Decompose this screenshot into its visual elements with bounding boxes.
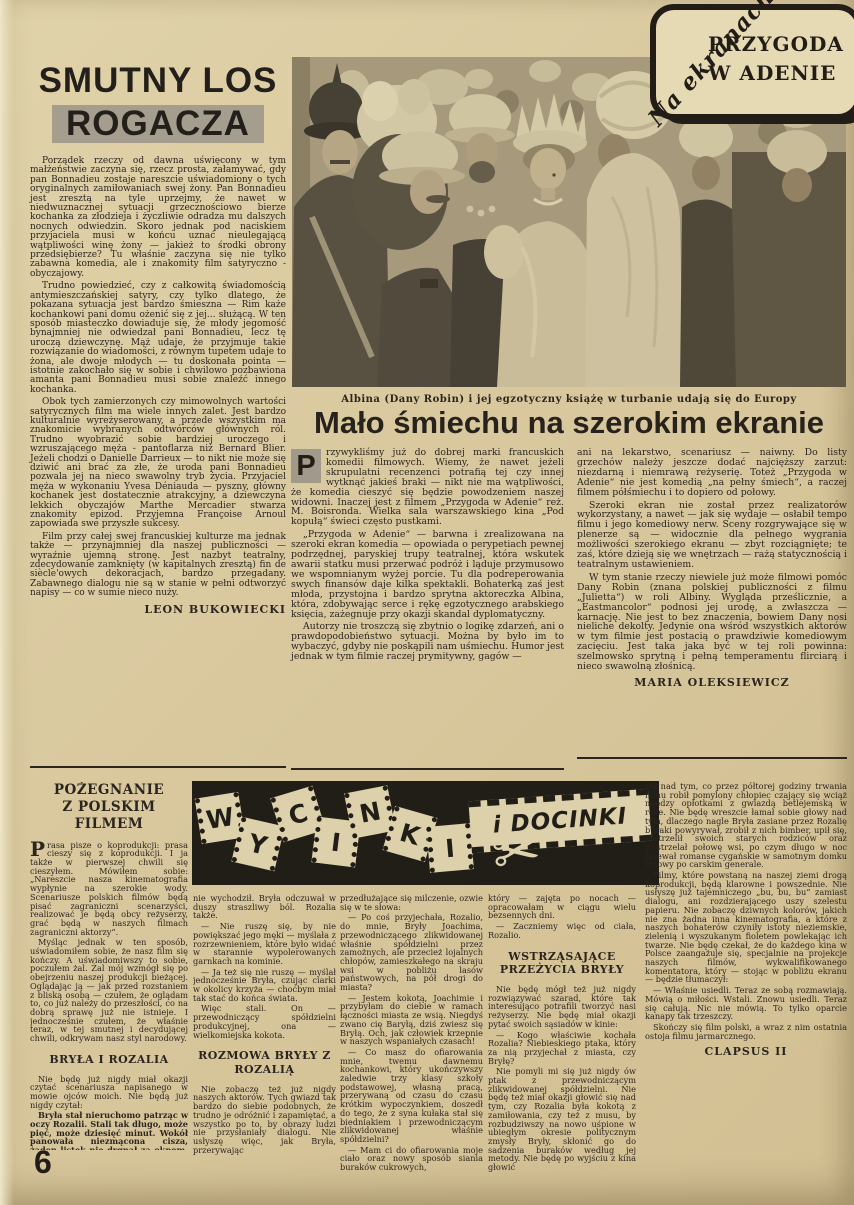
banner-letter: Y [246, 828, 270, 860]
article2-byline: MARIA OLEKSIEWICZ [577, 676, 847, 689]
feuilleton-header-line1: POŻEGNANIE [54, 782, 164, 798]
feuilleton-paragraph: przedłużające się milczenie, ozwie się w… [340, 894, 483, 911]
banner-letter: N [357, 796, 383, 828]
feuilleton-paragraph: Nie będę już nigdy miał okazji czytać sc… [30, 1075, 188, 1110]
feuilleton-paragraph: Nie pomyli mi się już nigdy ów ptak z pr… [488, 1067, 636, 1171]
article2-lead-text: rzywykliśmy już do dobrej marki francusk… [291, 447, 564, 527]
na-ekranach-badge: Na ekranach PRZYGODA W ADENIE [650, 4, 854, 120]
wycinki-docinki-banner: W Y C I N K I i DOCINKI ✂ [192, 781, 659, 885]
feuilleton-column-4: który — zajęta po nocach — opracowałam w… [488, 894, 636, 1204]
subhead-bryla-i-rozalia: BRYŁA I ROZALIA [30, 1053, 188, 1067]
feuilleton-paragraph: — Kogo właściwie kochała Rozalia? Niebie… [488, 1031, 636, 1066]
feuilleton-paragraph: który — zajęta po nocach — opracowałam w… [488, 894, 636, 920]
feuilleton-column-1: POŻEGNANIE Z POLSKIM FILMEM Prasa pisze … [30, 782, 188, 1150]
feuilleton-paragraph: — Jestem kokotą, Joachimie i przybyłam d… [340, 994, 483, 1046]
banner-letter: W [204, 802, 236, 835]
article1-paragraph: Trudno powiedzieć, czy z całkowitą świad… [30, 282, 286, 395]
feuilleton-paragraph: Skończy się film polski, a wraz z nim os… [645, 1023, 847, 1040]
magazine-page: SMUTNY LOS ROGACZA Porządek rzeczy od da… [0, 0, 854, 1205]
feuilleton-paragraph: Bryła stał nieruchomo patrząc w oczy Roz… [30, 1111, 188, 1150]
badge-title-line2: W ADENIE [708, 61, 836, 85]
dropcap-p: P [30, 841, 45, 858]
article2-paragraph: Szeroki ekran nie został przez realizato… [577, 501, 847, 570]
banner-letter: I [444, 833, 456, 863]
article2-paragraph: Przywykliśmy już do dobrej marki francus… [291, 448, 564, 527]
feuilleton-header-line2: Z POLSKIM FILMEM [62, 799, 155, 832]
dropcap-p: P [291, 449, 321, 483]
feuilleton-paragraph: — Co masz do ofiarowania mnie, twemu daw… [340, 1048, 483, 1144]
feuilleton-column-2: nie wychodził. Bryła odczuwał w duszy st… [193, 894, 336, 1204]
feuilleton-paragraph: — Ja też się nie ruszę — myślał jednocze… [193, 968, 336, 1003]
horizontal-rule [30, 766, 286, 768]
feuilleton-paragraph: Filmy, które powstaną na naszej ziemi dr… [645, 871, 847, 984]
article2-paragraph: ani na lekarstwo, scenariusz — naiwny. D… [577, 448, 847, 498]
feuilleton-column-3: przedłużające się milczenie, ozwie się w… [340, 894, 483, 1204]
article1-title-line2: ROGACZA [52, 105, 264, 144]
feuilleton-paragraph: — Po coś przyjechała, Rozalio, do mnie, … [340, 913, 483, 991]
horizontal-rule [577, 757, 847, 759]
feuilleton-paragraph: Więc stali. On — przewodniczący spółdzie… [193, 1004, 336, 1039]
feuilleton-header: POŻEGNANIE Z POLSKIM FILMEM [30, 782, 188, 833]
feuilleton-paragraph: Nie będę mógł też już nigdy rozwiązywać … [488, 985, 636, 1029]
article2-column-1: Przywykliśmy już do dobrej marki francus… [291, 448, 564, 665]
feuilleton-lead-text: rasa pisze o koprodukcji: prasa cieszy s… [30, 840, 188, 937]
feuilleton-byline: CLAPSUS II [645, 1045, 847, 1058]
photo-caption: Albina (Dany Robin) i jej egzotyczny ksi… [292, 394, 846, 405]
feuilleton-paragraph: Myśląc jednak w ten sposób, uświadomiłem… [30, 938, 188, 1042]
badge-film-title: PRZYGODA W ADENIE [708, 30, 844, 88]
banner-letter: C [285, 797, 311, 830]
feuilleton-column-5: się nad tym, co przez półtorej godziny t… [645, 782, 847, 1166]
subhead-rozmowa-bryly: ROZMOWA BRYŁY Z ROZALIĄ [193, 1049, 336, 1077]
article2-paragraph: Autorzy nie troszczą się zbytnio o logik… [291, 622, 564, 662]
article1-paragraph: Porządek rzeczy od dawna uświęcony w tym… [30, 157, 286, 279]
article1-byline: LEON BUKOWIECKI [30, 603, 286, 616]
article2-paragraph: W tym stanie rzeczy niewiele już może fi… [577, 573, 847, 672]
article1-title: SMUTNY LOS ROGACZA [30, 62, 286, 143]
subhead-wstrzasajace: WSTRZĄSAJĄCE PRZEŻYCIA BRYŁY [488, 950, 636, 978]
badge-title-line1: PRZYGODA [708, 32, 844, 56]
banner-letter: I [330, 827, 343, 857]
article1-paragraph: Film przy całej swej francuskiej kulturz… [30, 533, 286, 599]
film-frame-letter: I [426, 823, 474, 873]
banner-letter: K [397, 817, 424, 850]
feuilleton-paragraph: — Zaczniemy więc od ciała, Rozalio. [488, 922, 636, 939]
feuilleton-paragraph: — Mam ci do ofiarowania moje ciało oraz … [340, 1146, 483, 1172]
scissors-icon: ✂ [488, 820, 544, 884]
page-number: 6 [34, 1144, 52, 1181]
article2-column-2: ani na lekarstwo, scenariusz — naiwny. D… [577, 448, 847, 689]
film-frame-letter: Y [231, 817, 284, 872]
article2-paragraph: „Przygoda w Adenie“ — barwna i zrealizow… [291, 530, 564, 619]
feuilleton-paragraph: nie wychodził. Bryła odczuwał w duszy st… [193, 894, 336, 920]
article1-paragraph: Obok tych zamierzonych czy mimowolnych w… [30, 398, 286, 530]
article-smutny-los-rogacza: SMUTNY LOS ROGACZA Porządek rzeczy od da… [30, 62, 286, 616]
feuilleton-paragraph: — Nie ruszę się, by nie powiększać jego … [193, 922, 336, 966]
feuilleton-paragraph: — Właśnie usiedli. Teraz ze sobą rozmawi… [645, 986, 847, 1021]
feuilleton-paragraph: się nad tym, co przez półtorej godziny t… [645, 782, 847, 869]
feuilleton-paragraph: Nie zobaczę też już nigdy naszych aktoró… [193, 1085, 336, 1155]
feuilleton-paragraph: Prasa pisze o koprodukcji: prasa cieszy … [30, 841, 188, 937]
horizontal-rule [291, 768, 564, 770]
article2-title: Mało śmiechu na szerokim ekranie [292, 405, 846, 441]
article1-title-line1: SMUTNY LOS [39, 61, 278, 100]
